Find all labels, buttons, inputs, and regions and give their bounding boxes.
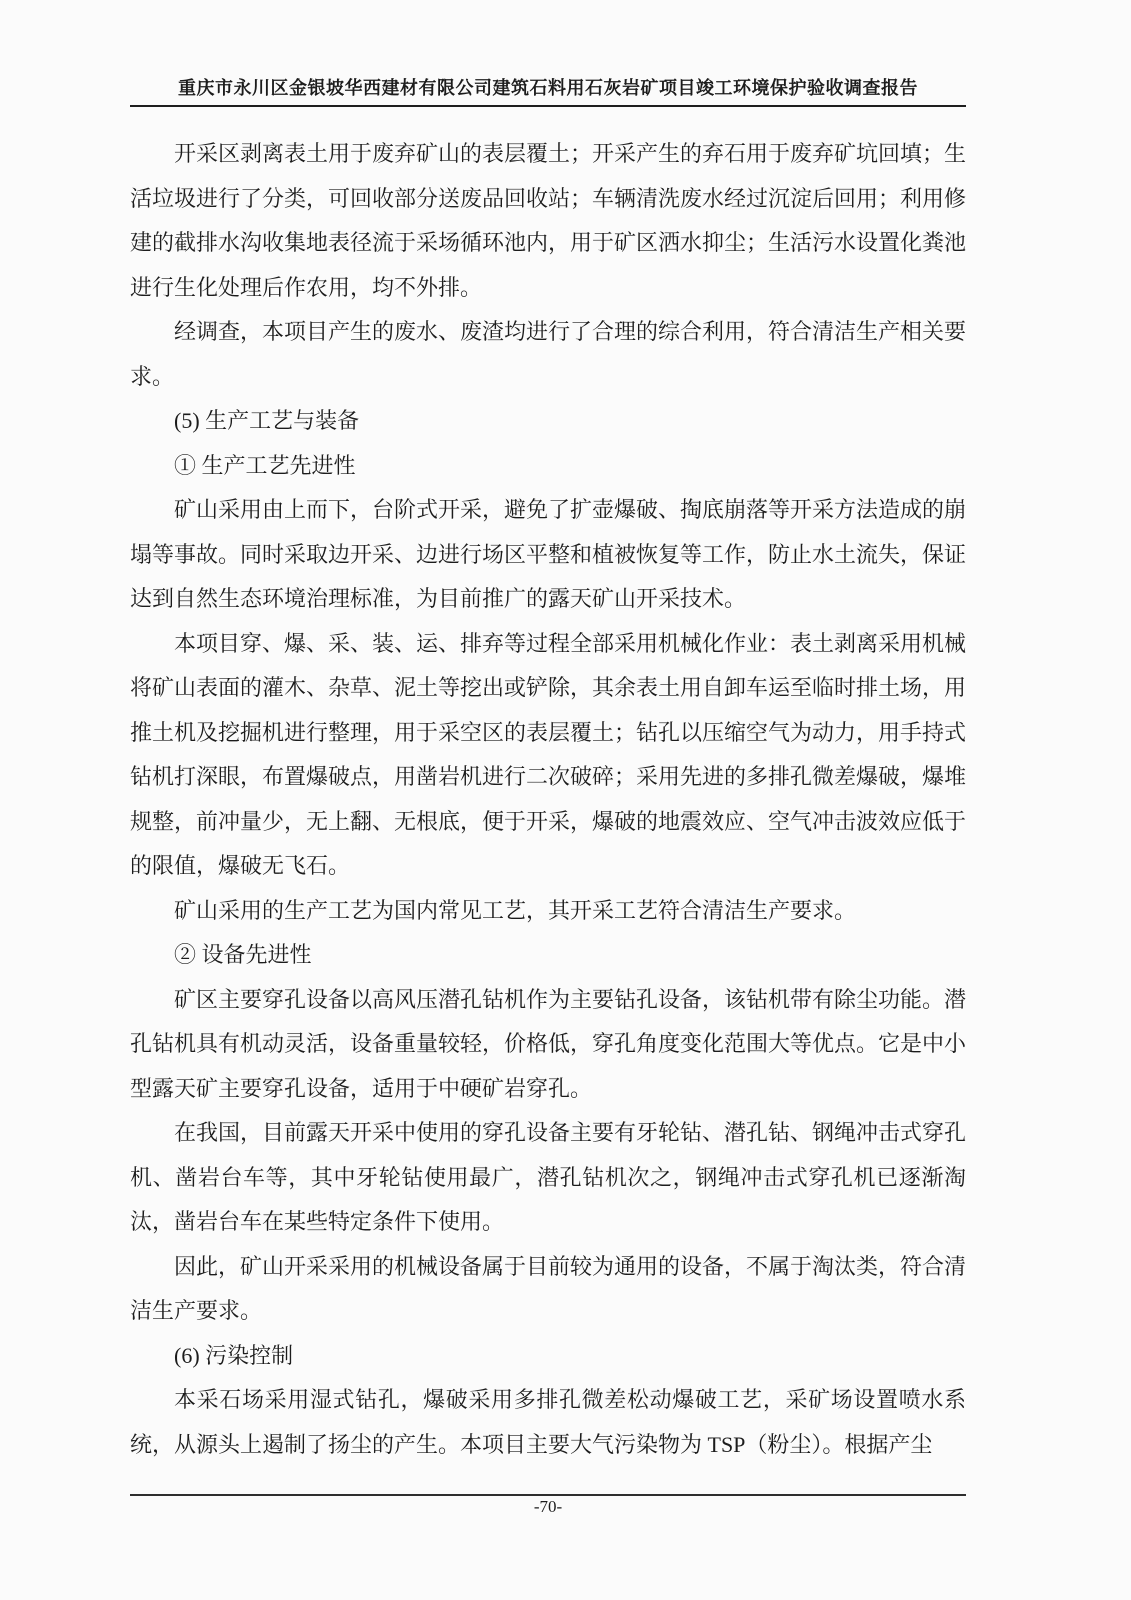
paragraph: 矿山采用的生产工艺为国内常见工艺，其开采工艺符合清洁生产要求。 [130, 889, 966, 934]
paragraph: 本采石场采用湿式钻孔，爆破采用多排孔微差松动爆破工艺，采矿场设置喷水系统，从源头… [130, 1378, 966, 1467]
sub-heading: ① 生产工艺先进性 [130, 444, 966, 489]
section-heading: (5) 生产工艺与装备 [130, 399, 966, 444]
sub-heading: ② 设备先进性 [130, 933, 966, 978]
document-page: { "document": { "header": { "title": "重庆… [0, 0, 1131, 1600]
paragraph: 开采区剥离表土用于废弃矿山的表层覆土；开采产生的弃石用于废弃矿坑回填；生活垃圾进… [130, 132, 966, 310]
paragraph: 经调查，本项目产生的废水、废渣均进行了合理的综合利用，符合清洁生产相关要求。 [130, 310, 966, 399]
paragraph: 因此，矿山开采采用的机械设备属于目前较为通用的设备，不属于淘汰类，符合清洁生产要… [130, 1245, 966, 1334]
paragraph: 矿区主要穿孔设备以高风压潜孔钻机作为主要钻孔设备，该钻机带有除尘功能。潜孔钻机具… [130, 978, 966, 1112]
footer-rule [130, 1494, 966, 1496]
header-title: 重庆市永川区金银坡华西建材有限公司建筑石料用石灰岩矿项目竣工环境保护验收调查报告 [178, 78, 918, 98]
document-body: 开采区剥离表土用于废弃矿山的表层覆土；开采产生的弃石用于废弃矿坑回填；生活垃圾进… [130, 132, 966, 1467]
paragraph: 本项目穿、爆、采、装、运、排弃等过程全部采用机械化作业：表土剥离采用机械将矿山表… [130, 622, 966, 889]
page-header: 重庆市永川区金银坡华西建材有限公司建筑石料用石灰岩矿项目竣工环境保护验收调查报告 [130, 78, 966, 107]
paragraph: 在我国，目前露天开采中使用的穿孔设备主要有牙轮钻、潜孔钻、钢绳冲击式穿孔机、凿岩… [130, 1111, 966, 1245]
section-heading: (6) 污染控制 [130, 1334, 966, 1379]
page-number: -70- [130, 1497, 966, 1517]
paragraph: 矿山采用由上而下，台阶式开采，避免了扩壶爆破、掏底崩落等开采方法造成的崩塌等事故… [130, 488, 966, 622]
